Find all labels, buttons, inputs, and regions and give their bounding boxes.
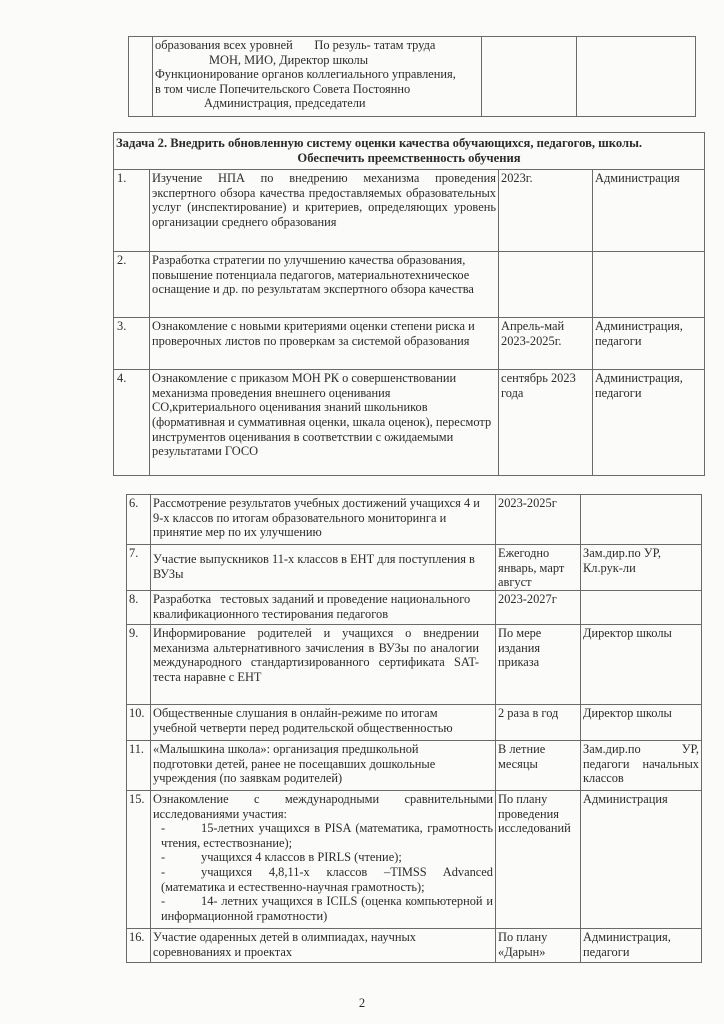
row-number: 4.: [114, 370, 150, 476]
table-row: 10. Общественные слушания в онлайн-режим…: [127, 705, 702, 741]
table-row: 9. Информирование родителей и учащихся о…: [127, 625, 702, 705]
page-number: 2: [0, 996, 724, 1011]
responsible-text: Директор школы: [581, 705, 702, 741]
responsible-text: Администрация, педагоги: [593, 370, 705, 476]
row-number: 3.: [114, 318, 150, 370]
row-number: 1.: [114, 170, 150, 252]
row-number: 15.: [127, 791, 151, 929]
row-15-intro: Ознакомление с международными сравнитель…: [153, 792, 493, 821]
text-line: Функционирование органов коллегиального …: [155, 67, 479, 82]
responsible-text: Администрация, педагоги: [593, 318, 705, 370]
term-text: [499, 252, 593, 318]
responsible-text: Директор школы: [581, 625, 702, 705]
list-item: -учащихся 4 классов в PIRLS (чтение);: [153, 850, 493, 865]
text-line: образования всех уровней По резуль- тата…: [155, 38, 479, 53]
row-number: 9.: [127, 625, 151, 705]
responsible-text: Зам.дир.по УР, педагоги начальных классо…: [581, 741, 702, 791]
row-number: 10.: [127, 705, 151, 741]
activity-text: Информирование родителей и учащихся о вн…: [151, 625, 496, 705]
responsible-text: Администрация: [593, 170, 705, 252]
row-number: 16.: [127, 929, 151, 963]
list-item-text: 14- летних учащихся в ICILS (оценка комп…: [161, 894, 493, 923]
table-row: 8. Разработка тестовых заданий и проведе…: [127, 591, 702, 625]
term-text: По плану «Дарын»: [496, 929, 581, 963]
term-text: По мере издания приказа: [496, 625, 581, 705]
responsible-text: Администрация: [581, 791, 702, 929]
dash-bullet: -: [153, 850, 201, 865]
list-item: -учащихся 4,8,11-х классов –TIMSS Advanc…: [153, 865, 493, 894]
task-2-heading: Задача 2. Внедрить обновленную систему о…: [114, 133, 705, 170]
list-item-text: учащихся 4,8,11-х классов –TIMSS Advance…: [161, 865, 493, 894]
term-text: 2023-2027г: [496, 591, 581, 625]
activity-text: Участие выпускников 11-х классов в ЕНТ д…: [151, 545, 496, 591]
term-text: 2 раза в год: [496, 705, 581, 741]
row-number: 7.: [127, 545, 151, 591]
term-text: сентябрь 2023 года: [499, 370, 593, 476]
task-header-row: Задача 2. Внедрить обновленную систему о…: [114, 133, 705, 170]
term-text: Ежегодно январь, март август: [496, 545, 581, 591]
activity-text: «Малышкина школа»: организация предшколь…: [151, 741, 496, 791]
responsible-text: [593, 252, 705, 318]
table-row: 3. Ознакомление с новыми критериями оцен…: [114, 318, 705, 370]
activity-text: Разработка тестовых заданий и проведение…: [151, 591, 496, 625]
table-row: 2. Разработка стратегии по улучшению кач…: [114, 252, 705, 318]
text-line: МОН, МИО, Директор школы: [155, 53, 479, 68]
row-number: 8.: [127, 591, 151, 625]
activity-text: Изучение НПА по внедрению механизма пров…: [150, 170, 499, 252]
list-item: -15-летних учащихся в PISA (математика, …: [153, 821, 493, 850]
text-line: Администрация, председатели: [155, 96, 479, 111]
term-text: Апрель-май 2023-2025г.: [499, 318, 593, 370]
term-text: В летние месяцы: [496, 741, 581, 791]
activity-text: Участие одаренных детей в олимпиадах, на…: [151, 929, 496, 963]
task-2-table: Задача 2. Внедрить обновленную систему о…: [113, 132, 705, 476]
activity-text: Ознакомление с новыми критериями оценки …: [150, 318, 499, 370]
list-item-text: учащихся 4 классов в PIRLS (чтение);: [201, 850, 402, 865]
activity-text: Ознакомление с международными сравнитель…: [151, 791, 496, 929]
table-row: образования всех уровней По резуль- тата…: [129, 37, 696, 117]
previous-task-table: образования всех уровней По резуль- тата…: [128, 36, 696, 117]
term-text: По плану проведения исследований: [496, 791, 581, 929]
row-number: 6.: [127, 495, 151, 545]
table-row: 4. Ознакомление с приказом МОН РК о сове…: [114, 370, 705, 476]
responsible-text: [581, 495, 702, 545]
table-row: 15. Ознакомление с международными сравни…: [127, 791, 702, 929]
row-number-cell: [129, 37, 153, 117]
table-row: 16. Участие одаренных детей в олимпиадах…: [127, 929, 702, 963]
row-number: 2.: [114, 252, 150, 318]
activity-text: Рассмотрение результатов учебных достиже…: [151, 495, 496, 545]
text-line: в том числе Попечительского Совета Посто…: [155, 82, 479, 97]
activity-text-content: Участие выпускников 11-х классов в ЕНТ д…: [153, 552, 475, 581]
term-text: 2023г.: [499, 170, 593, 252]
task-2-title: Задача 2. Внедрить обновленную систему о…: [116, 136, 702, 151]
activity-text: Ознакомление с приказом МОН РК о соверше…: [150, 370, 499, 476]
task-2-subtitle: Обеспечить преемственность обучения: [116, 151, 702, 166]
table-row: 11. «Малышкина школа»: организация предш…: [127, 741, 702, 791]
activity-text: Общественные слушания в онлайн-режиме по…: [151, 705, 496, 741]
term-cell: [482, 37, 577, 117]
responsible-text: Зам.дир.по УР, Кл.рук-ли: [581, 545, 702, 591]
responsible-cell: [577, 37, 696, 117]
activity-text: Разработка стратегии по улучшению качест…: [150, 252, 499, 318]
table-row: 7. Участие выпускников 11-х классов в ЕН…: [127, 545, 702, 591]
responsible-text: [581, 591, 702, 625]
list-item: -14- летних учащихся в ICILS (оценка ком…: [153, 894, 493, 923]
responsible-text: Администрация, педагоги: [581, 929, 702, 963]
activity-cell: образования всех уровней По резуль- тата…: [153, 37, 482, 117]
table-row: 6. Рассмотрение результатов учебных дост…: [127, 495, 702, 545]
activities-table: 6. Рассмотрение результатов учебных дост…: [126, 494, 702, 963]
list-item-text: 15-летних учащихся в PISA (математика, г…: [161, 821, 493, 850]
row-number: 11.: [127, 741, 151, 791]
table-row: 1. Изучение НПА по внедрению механизма п…: [114, 170, 705, 252]
term-text: 2023-2025г: [496, 495, 581, 545]
